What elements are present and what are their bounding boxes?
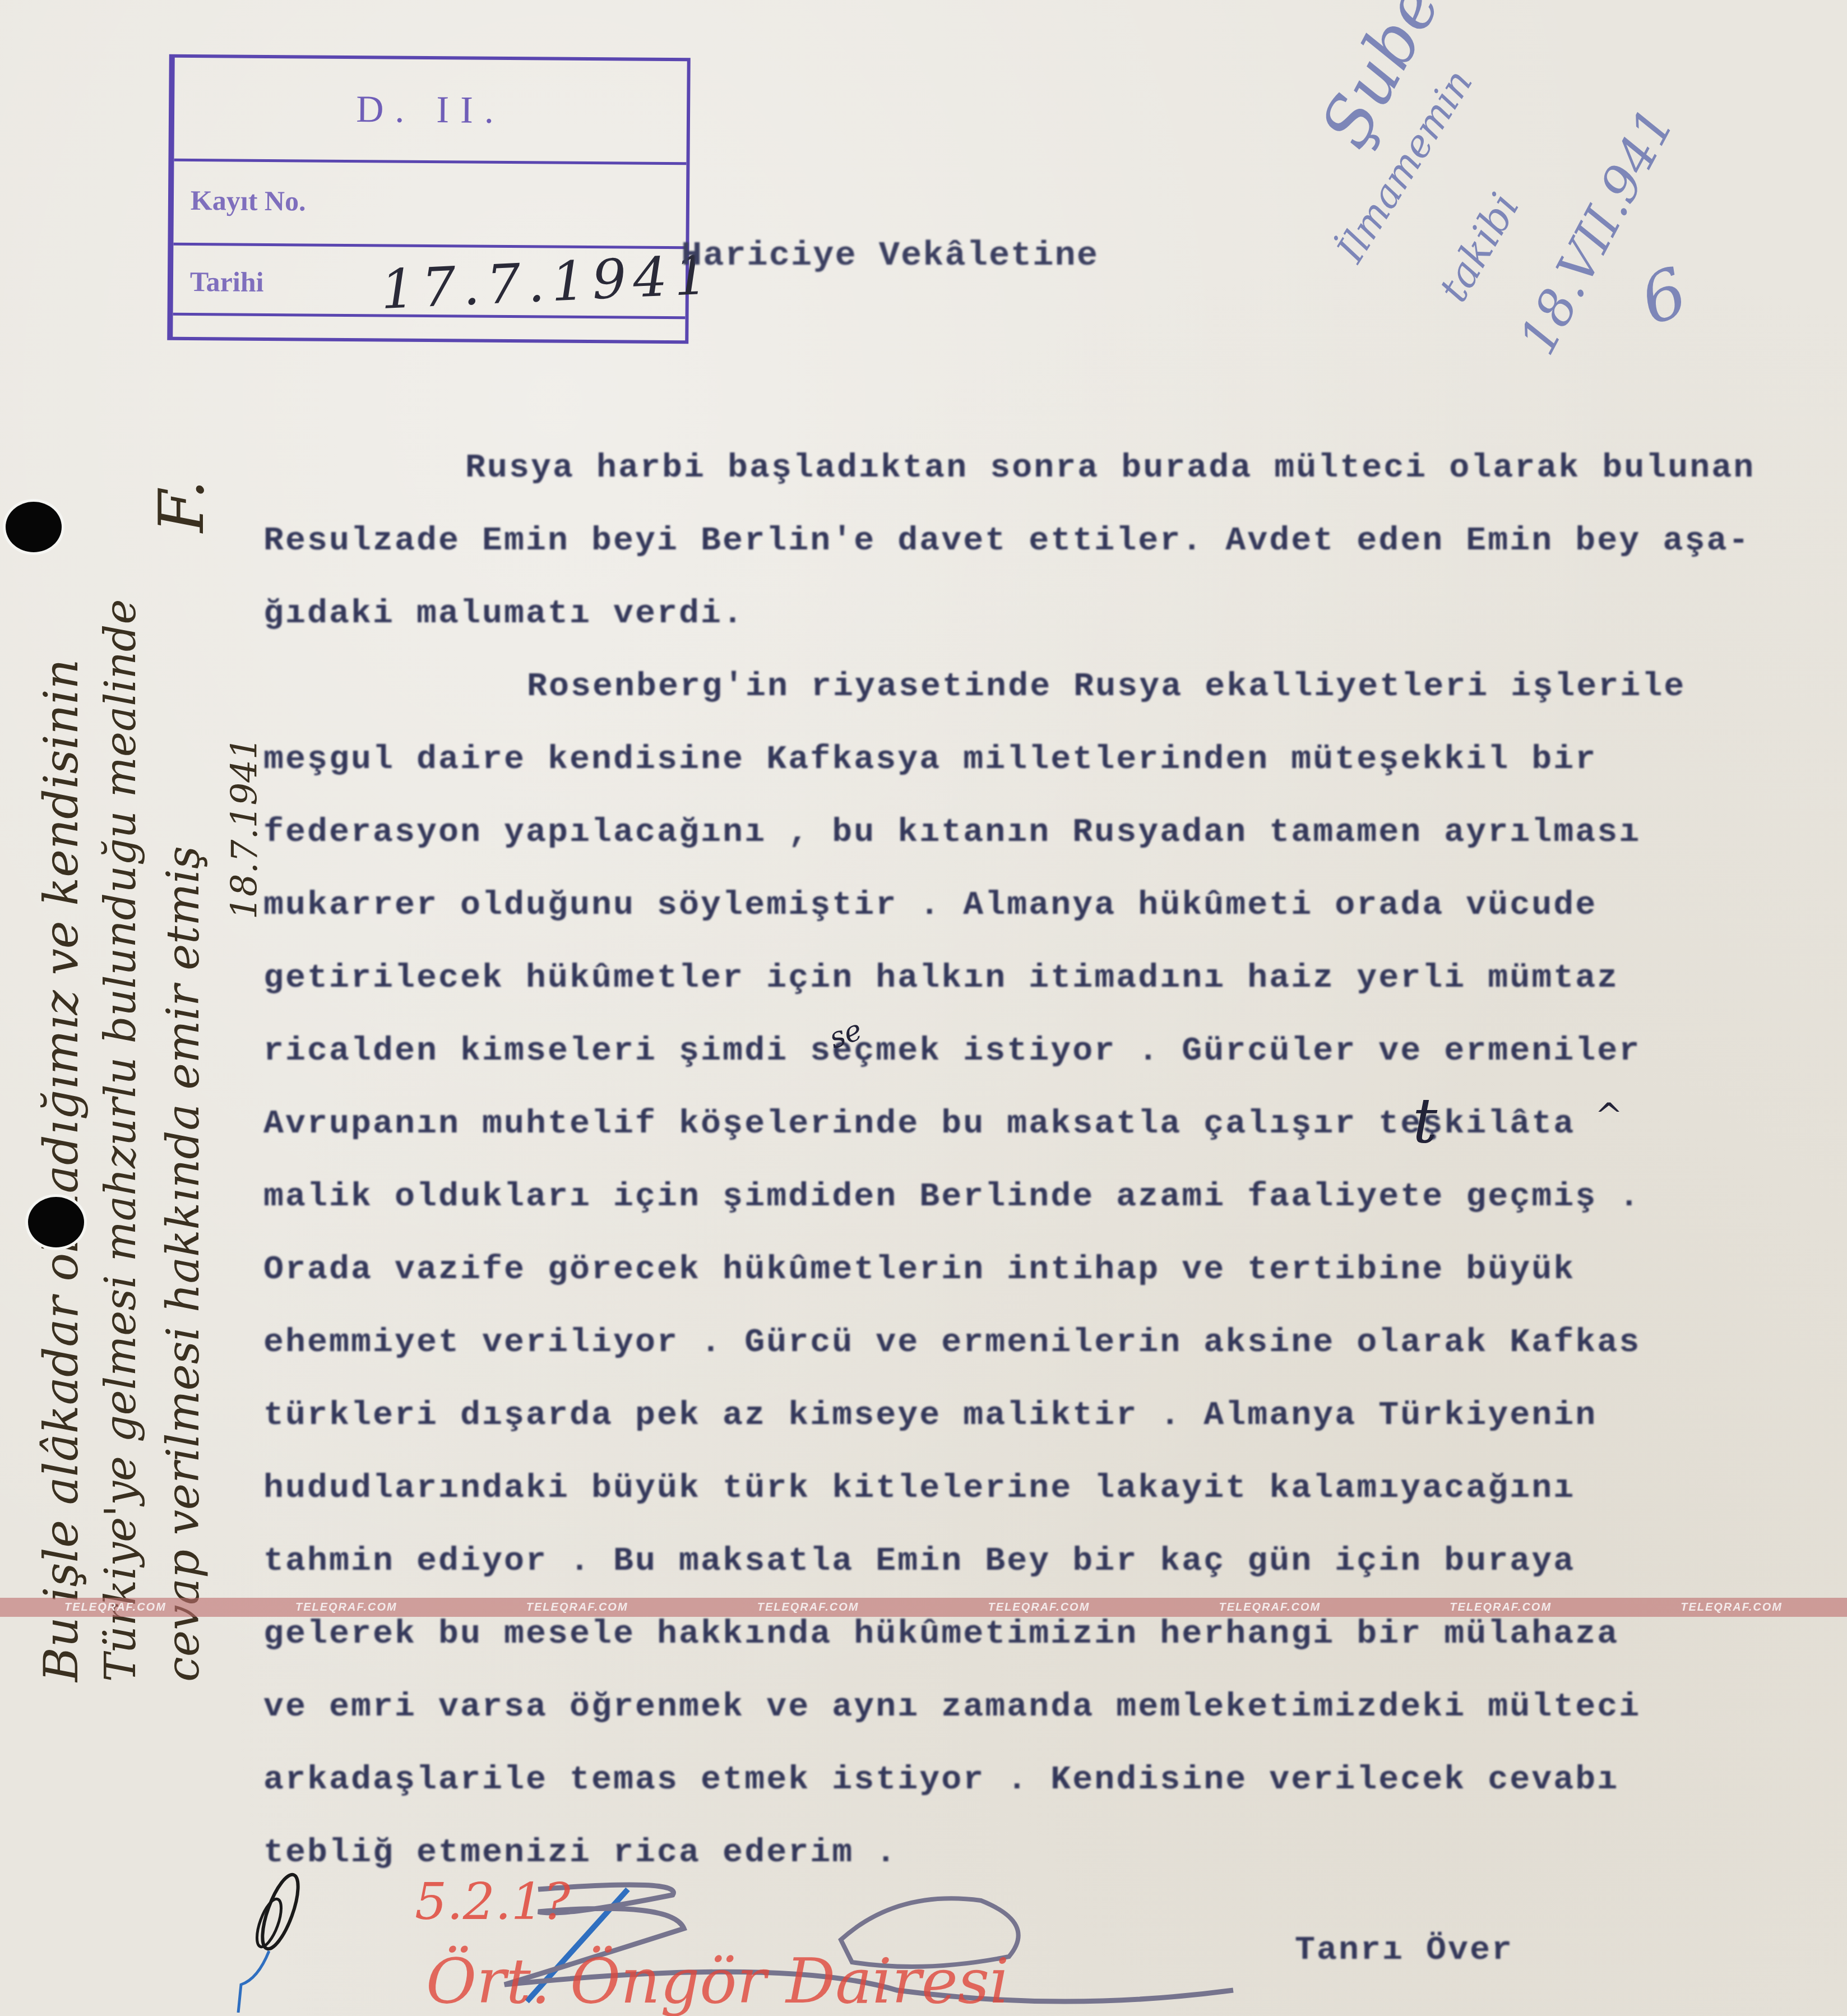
handwritten-correction: ^	[1595, 1096, 1623, 1135]
margin-note-line: Bu işle alâkadar olmadığımız ve kendisin…	[34, 659, 89, 1682]
body-line: mukarrer olduğunu söylemiştir . Almanya …	[263, 869, 1844, 942]
body-line: hududlarındaki büyük türk kitlelerine la…	[263, 1452, 1844, 1525]
red-handwritten-note: Ört. Öngör Dairesi	[426, 1945, 1009, 2016]
body-line: meşgul daire kendisine Kafkasya milletle…	[263, 723, 1844, 796]
body-line: Rusya harbi başladıktan sonra burada mül…	[263, 432, 1844, 505]
body-line: getirilecek hükûmetler için halkın itima…	[263, 942, 1844, 1015]
margin-note-signature: F.	[146, 480, 217, 533]
watermark-band: TELEQRAF.COM TELEQRAF.COM TELEQRAF.COM T…	[0, 1598, 1847, 1617]
watermark-text: TELEQRAF.COM	[295, 1601, 397, 1614]
watermark-text: TELEQRAF.COM	[757, 1601, 859, 1614]
punch-hole	[6, 502, 62, 552]
handwritten-correction: t	[1413, 1085, 1437, 1157]
handwritten-note-top-right: Şube 3 İlmamemin takibi 18.VII.941 6	[1306, 22, 1698, 336]
hw-initial: 6	[1631, 253, 1697, 341]
margin-note-date: 18.7.1941	[224, 737, 266, 919]
body-line: Rosenberg'in riyasetinde Rusya ekalliyet…	[263, 650, 1844, 723]
letter-body: Rusya harbi başladıktan sonra burada mül…	[263, 432, 1844, 1889]
body-line: ricalden kimseleri şimdi seçmek istiyor …	[263, 1015, 1844, 1088]
watermark-text: TELEQRAF.COM	[1219, 1601, 1321, 1614]
watermark-text: TELEQRAF.COM	[1681, 1601, 1783, 1614]
punch-hole	[28, 1197, 84, 1247]
body-line: federasyon yapılacağını , bu kıtanın Rus…	[263, 796, 1844, 869]
body-line: Resulzade Emin beyi Berlin'e davet ettil…	[263, 505, 1844, 577]
watermark-text: TELEQRAF.COM	[526, 1601, 628, 1614]
body-line: ğıdaki malumatı verdi.	[263, 577, 1844, 650]
watermark-text: TELEQRAF.COM	[988, 1601, 1090, 1614]
body-line: ehemmiyet veriliyor . Gürcü ve ermeniler…	[263, 1306, 1844, 1379]
stamp-kayit-label: Kayıt No.	[191, 184, 306, 217]
body-line: tahmin ediyor . Bu maksatla Emin Bey bir…	[263, 1525, 1844, 1598]
body-line: malik oldukları için şimdiden Berlinde a…	[263, 1160, 1844, 1233]
hw-line: takibi	[1429, 185, 1529, 309]
watermark-text: TELEQRAF.COM	[1450, 1601, 1552, 1614]
document-page: D. II. Kayıt No. Tarihi 17.7.1941 Şube 3…	[0, 0, 1847, 2016]
ink-flourish-icon	[235, 1867, 325, 2013]
margin-note-line: Türkiye'ye gelmesi mahzurlu bulunduğu me…	[95, 599, 145, 1682]
red-handwritten-number: 5.2.1?	[415, 1872, 570, 1931]
body-line: Orada vazife görecek hükûmetlerin intiha…	[263, 1233, 1844, 1306]
body-line: arkadaşlarile temas etmek istiyor . Kend…	[263, 1744, 1844, 1816]
sender-signature: Tanrı Över	[1295, 1931, 1513, 1969]
body-line: türkleri dışarda pek az kimseye maliktir…	[263, 1379, 1844, 1452]
stamp-title: D. II.	[174, 86, 687, 133]
margin-note-line: cevap verilmesi hakkında emir etmiş	[157, 846, 209, 1682]
addressee: Hariciye Vekâletine	[681, 235, 1099, 275]
stamp-divider	[174, 159, 686, 165]
watermark-text: TELEQRAF.COM	[64, 1601, 166, 1614]
body-line: ve emri varsa öğrenmek ve aynı zamanda m…	[263, 1671, 1844, 1744]
margin-note: Bu işle alâkadar olmadığımız ve kendisin…	[34, 224, 303, 1682]
stamp-date-handwritten: 17.7.1941	[379, 243, 716, 321]
